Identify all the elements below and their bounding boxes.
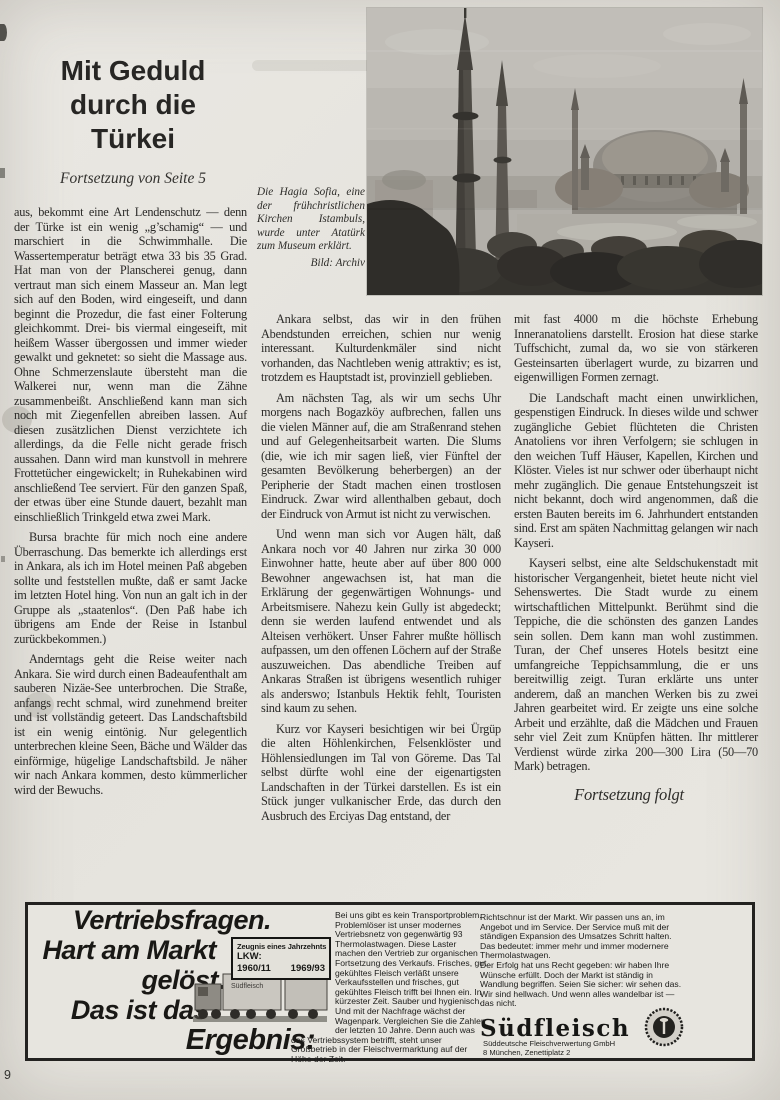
hagia-sophia-photo bbox=[367, 8, 762, 295]
ad-slogan-line: Vertriebsfragen. bbox=[34, 905, 324, 935]
suedfleisch-logo: Südfleisch bbox=[480, 1015, 630, 1042]
stats-value-1960: 1960/11 bbox=[237, 963, 271, 974]
article-column-middle: Ankara selbst, das wir in den frühen Abe… bbox=[261, 312, 501, 829]
continuation-note: Fortsetzung von Seite 5 bbox=[18, 170, 248, 188]
page-number: 9 bbox=[4, 1068, 11, 1082]
stats-box-values: 1960/11 1969/93 bbox=[237, 963, 325, 974]
article-paragraph: Und wenn man sich vor Augen hält, daß An… bbox=[261, 527, 501, 716]
ad-address: Süddeutsche Fleischverwertung GmbH 8 Mün… bbox=[483, 1039, 615, 1057]
scan-edge-mark bbox=[0, 24, 7, 41]
photo-credit: Bild: Archiv bbox=[257, 257, 365, 271]
ad-body-text: Richtschnur ist der Markt. Wir passen un… bbox=[480, 913, 688, 961]
stats-box-label: LKW: bbox=[237, 951, 325, 963]
ad-slogan-line: Ergebnis: bbox=[34, 1025, 324, 1055]
article-paragraph: Kayseri selbst, eine alte Seldschukensta… bbox=[514, 556, 758, 774]
stats-value-1969: 1969/93 bbox=[291, 963, 325, 974]
ad-text-middle: Südfleisch Bei uns gibt es kein Transpor… bbox=[291, 911, 488, 1065]
ad-address-line: 8 München, Zenettiplatz 2 bbox=[483, 1048, 615, 1057]
article-paragraph: Am nächsten Tag, als wir um sechs Uhr mo… bbox=[261, 391, 501, 522]
article-paragraph: aus, bekommt eine Art Lendenschutz — den… bbox=[14, 205, 247, 524]
suedfleisch-advertisement: Vertriebsfragen. Hart am Markt gelöst. D… bbox=[25, 902, 755, 1061]
photo-caption: Die Hagia Sofia, eine der frühchristlich… bbox=[257, 186, 365, 271]
ad-body-text: Der Erfolg hat uns Recht gegeben: wir ha… bbox=[480, 961, 688, 1009]
quality-seal-emblem bbox=[644, 1007, 684, 1047]
article-title: Mit Geduld durch die Türkei bbox=[30, 54, 236, 156]
article-paragraph: Anderntags geht die Reise weiter nach An… bbox=[14, 652, 247, 797]
newspaper-page: Mit Geduld durch die Türkei Fortsetzung … bbox=[0, 0, 780, 1100]
article-column-right: mit fast 4000 m die höchste Erhebung Inn… bbox=[514, 312, 758, 802]
continuation-footer: Fortsetzung folgt bbox=[514, 788, 758, 803]
article-paragraph: mit fast 4000 m die höchste Erhebung Inn… bbox=[514, 312, 758, 385]
article-column-left: aus, bekommt eine Art Lendenschutz — den… bbox=[14, 205, 247, 803]
article-paragraph: Ankara selbst, das wir in den frühen Abe… bbox=[261, 312, 501, 385]
scan-edge-mark bbox=[0, 168, 5, 178]
hagia-sophia-illustration bbox=[367, 8, 762, 295]
article-paragraph: Kurz vor Kayseri besichtigen wir bei Ürg… bbox=[261, 722, 501, 824]
ad-text-right: Richtschnur ist der Markt. Wir passen un… bbox=[480, 913, 688, 1009]
print-ghosting bbox=[252, 60, 380, 71]
photo-caption-text: Die Hagia Sofia, eine der frühchristlich… bbox=[257, 186, 365, 254]
decade-stats-box: Zeugnis eines Jahrzehnts LKW: 1960/11 19… bbox=[231, 937, 331, 980]
stats-box-title: Zeugnis eines Jahrzehnts bbox=[237, 942, 325, 951]
scan-edge-mark bbox=[1, 556, 5, 562]
article-paragraph: Die Landschaft macht einen unwirklichen,… bbox=[514, 391, 758, 551]
truck-side-label: Südfleisch bbox=[231, 983, 263, 990]
article-paragraph: Bursa brachte für mich noch eine andere … bbox=[14, 530, 247, 646]
ad-address-line: Süddeutsche Fleischverwertung GmbH bbox=[483, 1039, 615, 1048]
